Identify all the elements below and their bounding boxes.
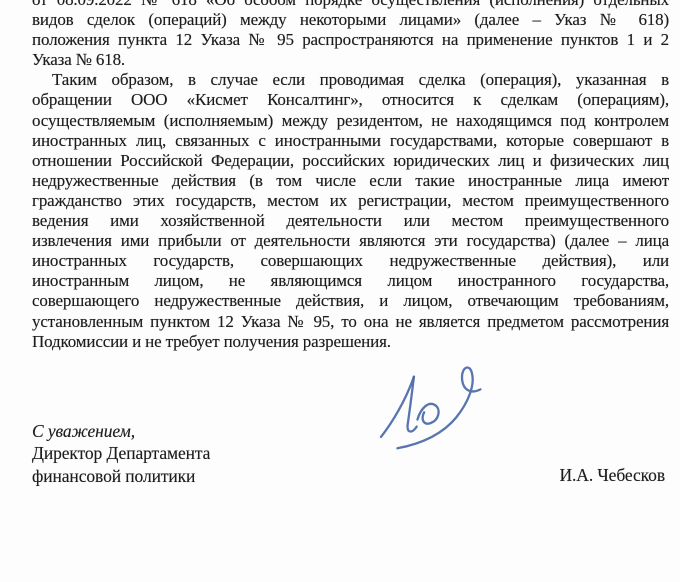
closing-salutation: С уважением, — [32, 420, 210, 442]
body-line: установленным пунктом 12 Указа № 95, то … — [32, 312, 669, 332]
body-line: недружественные действия (в том числе ес… — [32, 171, 669, 191]
body-line: отношении Российской Федерации, российск… — [32, 151, 669, 171]
body-line: Указа № 618. — [32, 50, 669, 70]
body-line: иностранных государств, совершающих недр… — [32, 251, 669, 271]
body-line: от 08.09.2022 № 618 «Об особом порядке о… — [32, 0, 669, 10]
closing-block: С уважением, Директор Департамента финан… — [32, 420, 210, 487]
signer-name: И.А. Чебесков — [559, 464, 665, 486]
handwritten-signature-icon — [366, 359, 501, 456]
body-line: совершающего недружественные действия, и… — [32, 291, 669, 311]
body-line: иностранных лиц, связанных с иностранным… — [32, 131, 669, 151]
signer-title-line2: финансовой политики — [32, 465, 210, 487]
body-line: положения пункта 12 Указа № 95 распростр… — [32, 30, 669, 50]
body-line: извлечения ими прибыли от деятельности я… — [32, 231, 669, 251]
signer-title-line1: Директор Департамента — [32, 442, 210, 464]
body-line: гражданство этих государств, местом их р… — [32, 191, 669, 211]
body-line: Таким образом, в случае если проводимая … — [32, 70, 669, 90]
body-line: осуществляемым (исполняемым) между резид… — [32, 111, 669, 131]
letter-body: от 08.09.2022 № 618 «Об особом порядке о… — [32, 0, 669, 352]
body-line: ведения ими хозяйственной деятельности и… — [32, 211, 669, 231]
body-line: иностранным лицом, не являющимся лицом и… — [32, 271, 669, 291]
scanned-letter-page: от 08.09.2022 № 618 «Об особом порядке о… — [0, 0, 680, 582]
body-line: обращении ООО «Кисмет Консалтинг», относ… — [32, 90, 669, 110]
body-line: видов сделок (операций) между некоторыми… — [32, 10, 669, 30]
body-line: Подкомиссии и не требует получения разре… — [32, 332, 669, 352]
